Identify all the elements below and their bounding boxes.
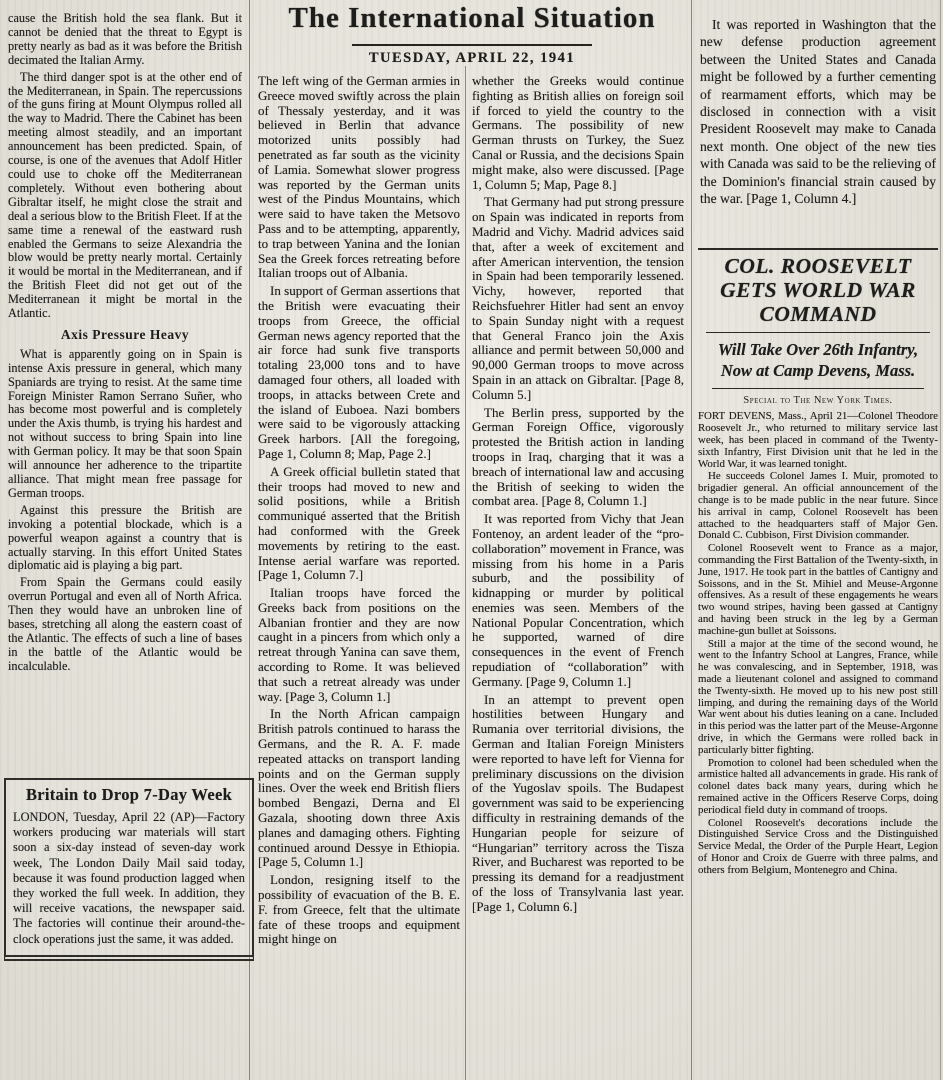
intl-situation-title: The International Situation [256,2,688,35]
boxed-article-body: LONDON, Tuesday, April 22 (AP)—Factory w… [13,810,245,947]
article-paragraph: FORT DEVENS, Mass., April 21—Colonel The… [698,411,938,470]
roosevelt-subhead: Will Take Over 26th Infantry, Now at Cam… [706,332,930,381]
intl-column-b: whether the Greeks would continue fighti… [472,74,684,1074]
article-paragraph: Colonel Roosevelt went to France as a ma… [698,543,938,637]
column-rule-4 [940,0,941,1080]
intl-column-a: The left wing of the German armies in Gr… [258,74,460,1074]
column-rule-3 [691,0,692,1080]
article-paragraph: It was reported in Washington that the n… [700,16,936,207]
roosevelt-body: FORT DEVENS, Mass., April 21—Colonel The… [698,411,938,876]
roosevelt-article: COL. ROOSEVELT GETS WORLD WAR COMMAND Wi… [698,248,938,878]
section-subhead: Axis Pressure Heavy [8,328,242,342]
article-paragraph: whether the Greeks would continue fighti… [472,74,684,192]
article-paragraph: The Berlin press, supported by the Germa… [472,406,684,510]
left-column-article: cause the British hold the sea flank. Bu… [8,12,242,772]
intl-situation-dateline: TUESDAY, APRIL 22, 1941 [256,50,688,67]
article-paragraph: London, resigning itself to the possibil… [258,873,460,947]
article-paragraph: cause the British hold the sea flank. Bu… [8,12,242,68]
headline-rule-top [698,248,938,250]
newspaper-page: cause the British hold the sea flank. Bu… [0,0,943,1080]
column-rule-2 [465,66,466,1080]
article-paragraph: Colonel Roosevelt's decorations include … [698,818,938,877]
article-paragraph: Promotion to colonel had been scheduled … [698,758,938,817]
roosevelt-headline: COL. ROOSEVELT GETS WORLD WAR COMMAND [698,254,938,326]
article-paragraph: A Greek official bulletin stated that th… [258,465,460,583]
article-paragraph: From Spain the Germans could easily over… [8,576,242,673]
article-paragraph: In support of German assertions that the… [258,284,460,462]
title-rule [352,44,592,46]
article-paragraph: What is apparently going on in Spain is … [8,348,242,501]
article-paragraph: In the North African campaign British pa… [258,707,460,870]
article-paragraph: Against this pressure the British are in… [8,504,242,574]
article-paragraph: Italian troops have forced the Greeks ba… [258,586,460,704]
article-paragraph: The left wing of the German armies in Gr… [258,74,460,281]
roosevelt-credit-line: Special to The New York Times. [712,388,924,406]
article-paragraph: The third danger spot is at the other en… [8,71,242,321]
boxed-article-headline: Britain to Drop 7-Day Week [13,785,245,805]
boxed-article: Britain to Drop 7-Day Week LONDON, Tuesd… [4,778,254,961]
article-paragraph: In an attempt to prevent open hostilitie… [472,693,684,915]
article-paragraph: He succeeds Colonel James I. Muir, promo… [698,471,938,542]
washington-item: It was reported in Washington that the n… [700,16,936,244]
article-paragraph: That Germany had put strong pressure on … [472,195,684,402]
article-paragraph: It was reported from Vichy that Jean Fon… [472,512,684,690]
article-paragraph: Still a major at the time of the second … [698,639,938,757]
